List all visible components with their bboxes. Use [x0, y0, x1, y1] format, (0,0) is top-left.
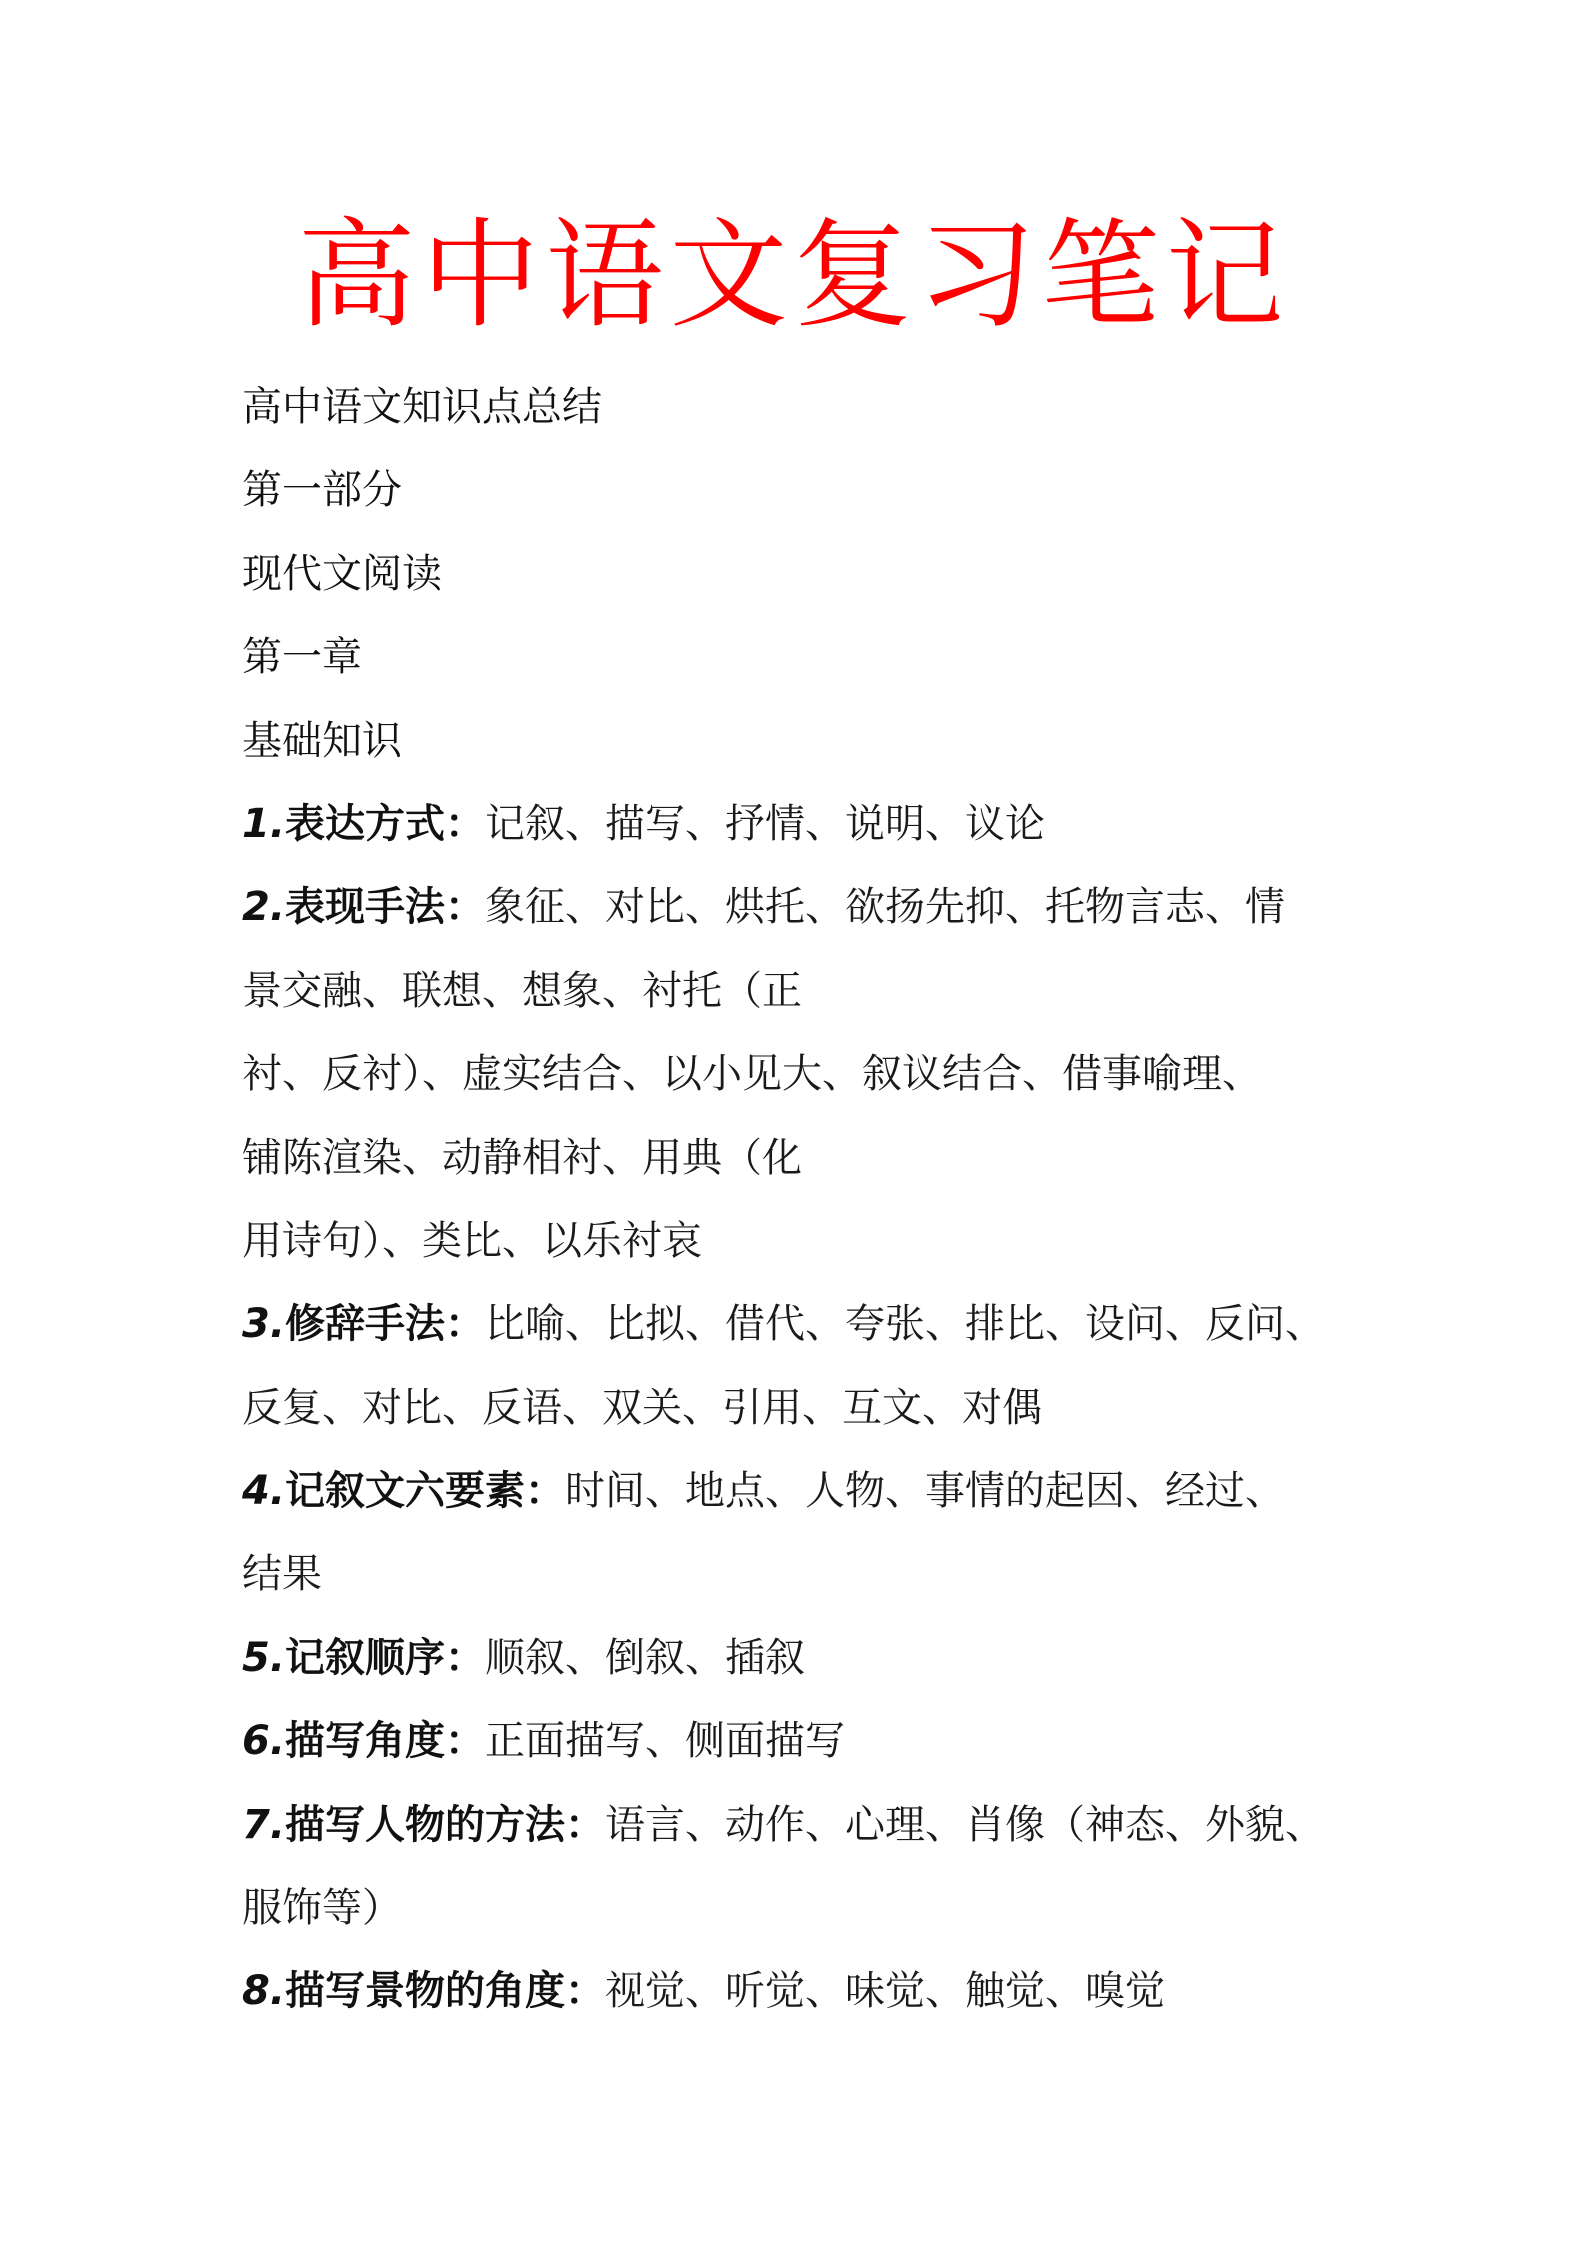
item-number: 6.	[242, 1718, 285, 1764]
item-number: 1.	[242, 801, 285, 847]
item-label: 记叙顺序：	[285, 1635, 485, 1681]
item-content-continued: 结果	[242, 1533, 1372, 1616]
list-item-narrative-order: 5.记叙顺序：顺叙、倒叙、插叙	[242, 1617, 1372, 1700]
item-label: 表现手法：	[285, 884, 485, 930]
item-label: 记叙文六要素：	[285, 1468, 565, 1514]
item-label: 描写景物的角度：	[285, 1968, 605, 2014]
item-content: 语言、动作、心理、肖像（神态、外貌、	[605, 1802, 1325, 1848]
item-content-continued: 服饰等）	[242, 1867, 1372, 1950]
item-content-continued: 景交融、联想、想象、衬托（正	[242, 950, 1372, 1033]
heading-part-name: 现代文阅读	[242, 533, 1372, 616]
list-item-scenery-angles: 8.描写景物的角度：视觉、听觉、味觉、触觉、嗅觉	[242, 1950, 1372, 2033]
item-content: 正面描写、侧面描写	[485, 1718, 845, 1764]
list-item-description-angle: 6.描写角度：正面描写、侧面描写	[242, 1700, 1372, 1783]
item-content: 象征、对比、烘托、欲扬先抑、托物言志、情	[485, 884, 1285, 930]
list-item-character-methods: 7.描写人物的方法：语言、动作、心理、肖像（神态、外貌、	[242, 1784, 1372, 1867]
document-title: 高中语文复习笔记	[0, 205, 1587, 345]
item-label: 描写人物的方法：	[285, 1802, 605, 1848]
item-content-continued: 衬、反衬）、虚实结合、以小见大、叙议结合、借事喻理、	[242, 1033, 1372, 1116]
heading-part: 第一部分	[242, 449, 1372, 532]
item-number: 4.	[242, 1468, 285, 1514]
heading-chapter: 第一章	[242, 616, 1372, 699]
document-body: 高中语文知识点总结 第一部分 现代文阅读 第一章 基础知识 1.表达方式：记叙、…	[242, 366, 1372, 2034]
item-content: 记叙、描写、抒情、说明、议论	[485, 801, 1045, 847]
item-number: 3.	[242, 1301, 285, 1347]
item-number: 2.	[242, 884, 285, 930]
item-content-continued: 铺陈渲染、动静相衬、用典（化	[242, 1117, 1372, 1200]
list-item-rhetoric: 3.修辞手法：比喻、比拟、借代、夸张、排比、设问、反问、	[242, 1283, 1372, 1366]
item-content: 视觉、听觉、味觉、触觉、嗅觉	[605, 1968, 1165, 2014]
item-label: 表达方式：	[285, 801, 485, 847]
item-content: 顺叙、倒叙、插叙	[485, 1635, 805, 1681]
heading-chapter-name: 基础知识	[242, 700, 1372, 783]
item-label: 描写角度：	[285, 1718, 485, 1764]
item-content-continued: 反复、对比、反语、双关、引用、互文、对偶	[242, 1367, 1372, 1450]
list-item-expression-modes: 1.表达方式：记叙、描写、抒情、说明、议论	[242, 783, 1372, 866]
document-page: 高中语文复习笔记 高中语文知识点总结 第一部分 现代文阅读 第一章 基础知识 1…	[0, 0, 1587, 2245]
item-number: 5.	[242, 1635, 285, 1681]
list-item-narrative-elements: 4.记叙文六要素：时间、地点、人物、事情的起因、经过、	[242, 1450, 1372, 1533]
item-content-continued: 用诗句）、类比、以乐衬哀	[242, 1200, 1372, 1283]
item-label: 修辞手法：	[285, 1301, 485, 1347]
heading-summary: 高中语文知识点总结	[242, 366, 1372, 449]
item-content: 比喻、比拟、借代、夸张、排比、设问、反问、	[485, 1301, 1325, 1347]
item-content: 时间、地点、人物、事情的起因、经过、	[565, 1468, 1285, 1514]
item-number: 7.	[242, 1802, 285, 1848]
item-number: 8.	[242, 1968, 285, 2014]
list-item-techniques: 2.表现手法：象征、对比、烘托、欲扬先抑、托物言志、情	[242, 866, 1372, 949]
